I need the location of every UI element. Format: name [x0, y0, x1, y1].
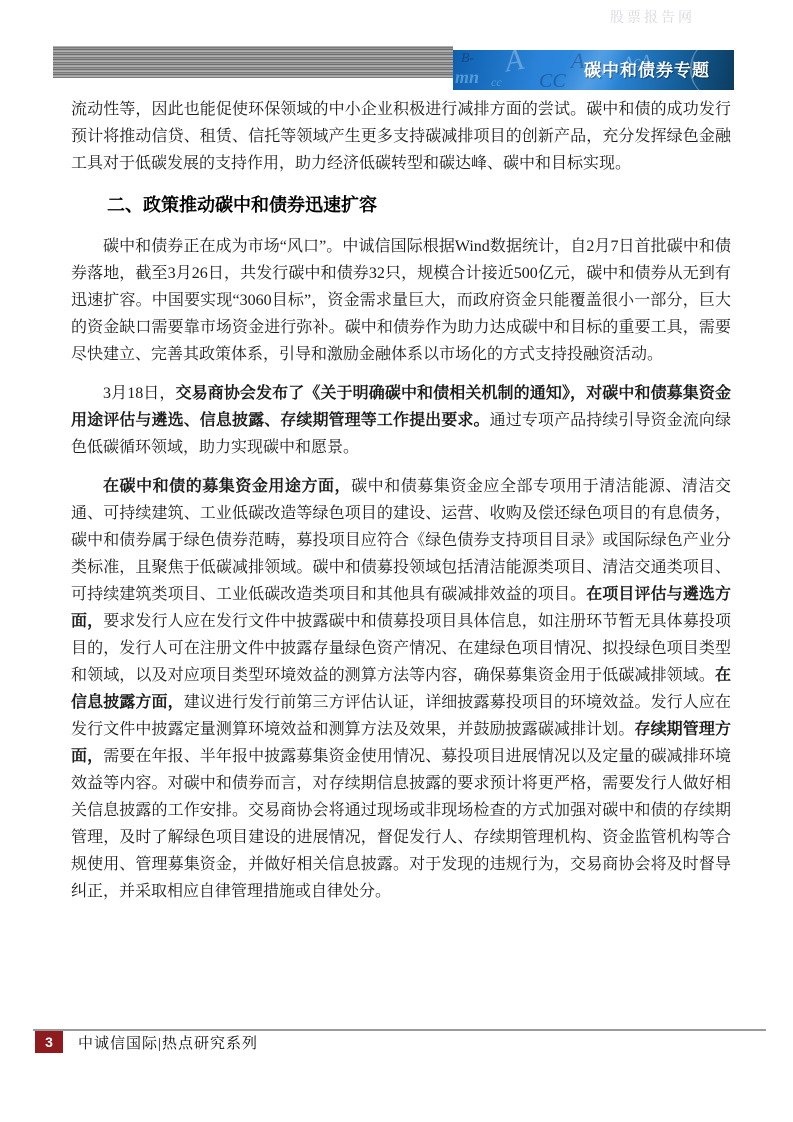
- text-run: 3月18日，: [103, 385, 176, 402]
- site-watermark: 股票报告网: [610, 7, 695, 27]
- rating-letter-decoration: A: [502, 50, 526, 79]
- header-stripes-decoration: [53, 46, 453, 78]
- section-heading: 二、政策推动碳中和债券迅速扩容: [71, 191, 731, 219]
- text-run: 要求发行人应在发行文件中披露碳中和债募投项目具体信息，如注册环节暂无具体募投项目…: [71, 613, 731, 684]
- page-header: B-AAAcAmnCCA-2cc 碳中和债券专题: [53, 46, 793, 92]
- page-number-badge: 3: [35, 1031, 63, 1053]
- footer-brand: 中诚信国际|热点研究系列: [78, 1032, 258, 1053]
- bold-text-run: 在碳中和债的募集资金用途方面，: [103, 478, 351, 495]
- text-run: 需要在年报、半年报中披露募集资金使用情况、募投项目进展情况以及定量的碳减排环境效…: [71, 748, 731, 900]
- header-blue-banner: B-AAAcAmnCCA-2cc 碳中和债券专题: [453, 50, 734, 90]
- document-body: 流动性等，因此也能促使环保领域的中小企业积极进行减排方面的尝试。碳中和债的成功发…: [71, 96, 731, 917]
- paragraph-1: 流动性等，因此也能促使环保领域的中小企业积极进行减排方面的尝试。碳中和债的成功发…: [71, 96, 731, 177]
- paragraph-3: 3月18日，交易商协会发布了《关于明确碳中和债相关机制的通知》，对碳中和债募集资…: [71, 380, 731, 461]
- rating-letter-decoration: B-: [461, 51, 474, 67]
- footer-divider: [33, 1029, 766, 1031]
- text-run: 碳中和债募集资金应全部专项用于清洁能源、清洁交通、可持续建筑、工业低碳改造等绿色…: [71, 478, 731, 603]
- report-topic-title: 碳中和债券专题: [584, 50, 710, 90]
- paragraph-4: 在碳中和债的募集资金用途方面，碳中和债募集资金应全部专项用于清洁能源、清洁交通、…: [71, 473, 731, 905]
- paragraph-2: 碳中和债券正在成为市场“风口”。中诚信国际根据Wind数据统计，自2月7日首批碳…: [71, 233, 731, 368]
- rating-letter-decoration: cc: [491, 75, 502, 90]
- rating-letter-decoration: CC: [539, 70, 566, 90]
- rating-letter-decoration: A: [571, 50, 584, 74]
- rating-letter-decoration: mn: [455, 67, 479, 88]
